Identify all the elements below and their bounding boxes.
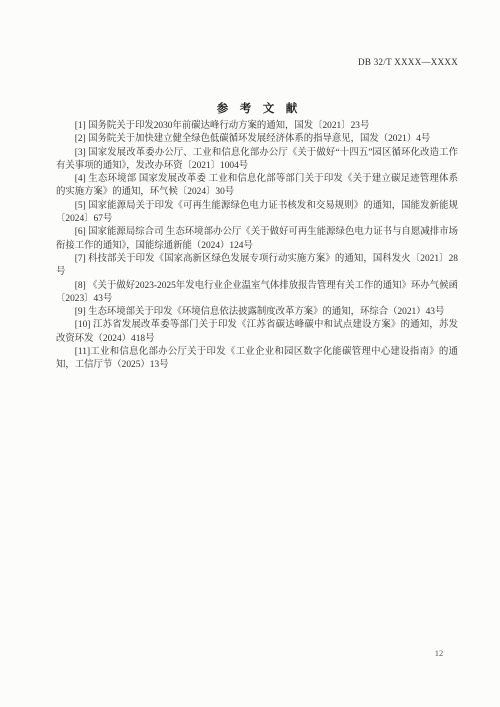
reference-item: [10] 江苏省发展改革委等部门关于印发《江苏省碳达峰碳中和试点建设方案》的通知… <box>56 319 458 346</box>
references-title: 参 考 文 献 <box>56 100 458 116</box>
reference-item: [5] 国家能源局关于印发《可再生能源绿色电力证书核发和交易规则》的通知，国能发… <box>56 200 458 227</box>
reference-item: [3] 国家发展改革委办公厅、工业和信息化部办公厅《关于做好“十四五”园区循环化… <box>56 147 458 174</box>
reference-item: [11]工业和信息化部办公厅关于印发《工业企业和园区数字化能碳管理中心建设指南》… <box>56 346 458 373</box>
reference-item: [1] 国务院关于印发2030年前碳达峰行动方案的通知，国发〔2021〕23号 <box>56 120 458 133</box>
standard-code-header: DB 32/T XXXX—XXXX <box>358 57 458 67</box>
reference-item: [4] 生态环境部 国家发展改革委 工业和信息化部等部门关于印发《关于建立碳足迹… <box>56 173 458 200</box>
document-page: DB 32/T XXXX—XXXX 参 考 文 献 [1] 国务院关于印发203… <box>0 0 500 707</box>
reference-list: [1] 国务院关于印发2030年前碳达峰行动方案的通知，国发〔2021〕23号 … <box>56 120 458 373</box>
reference-item: [8] 《关于做好2023-2025年发电行业企业温室气体排放报告管理有关工作的… <box>56 280 458 307</box>
reference-item: [6] 国家能源局综合司 生态环境部办公厅《关于做好可再生能源绿色电力证书与自愿… <box>56 226 458 253</box>
reference-item: [7] 科技部关于印发《国家高新区绿色发展专项行动实施方案》的通知，国科发火〔2… <box>56 253 458 280</box>
reference-item: [9] 生态环境部关于印发《环境信息依法披露制度改革方案》的通知，环综合（202… <box>56 306 458 319</box>
page-number: 12 <box>428 648 450 658</box>
reference-item: [2] 国务院关于加快建立健全绿色低碳循环发展经济体系的指导意见，国发（2021… <box>56 133 458 146</box>
